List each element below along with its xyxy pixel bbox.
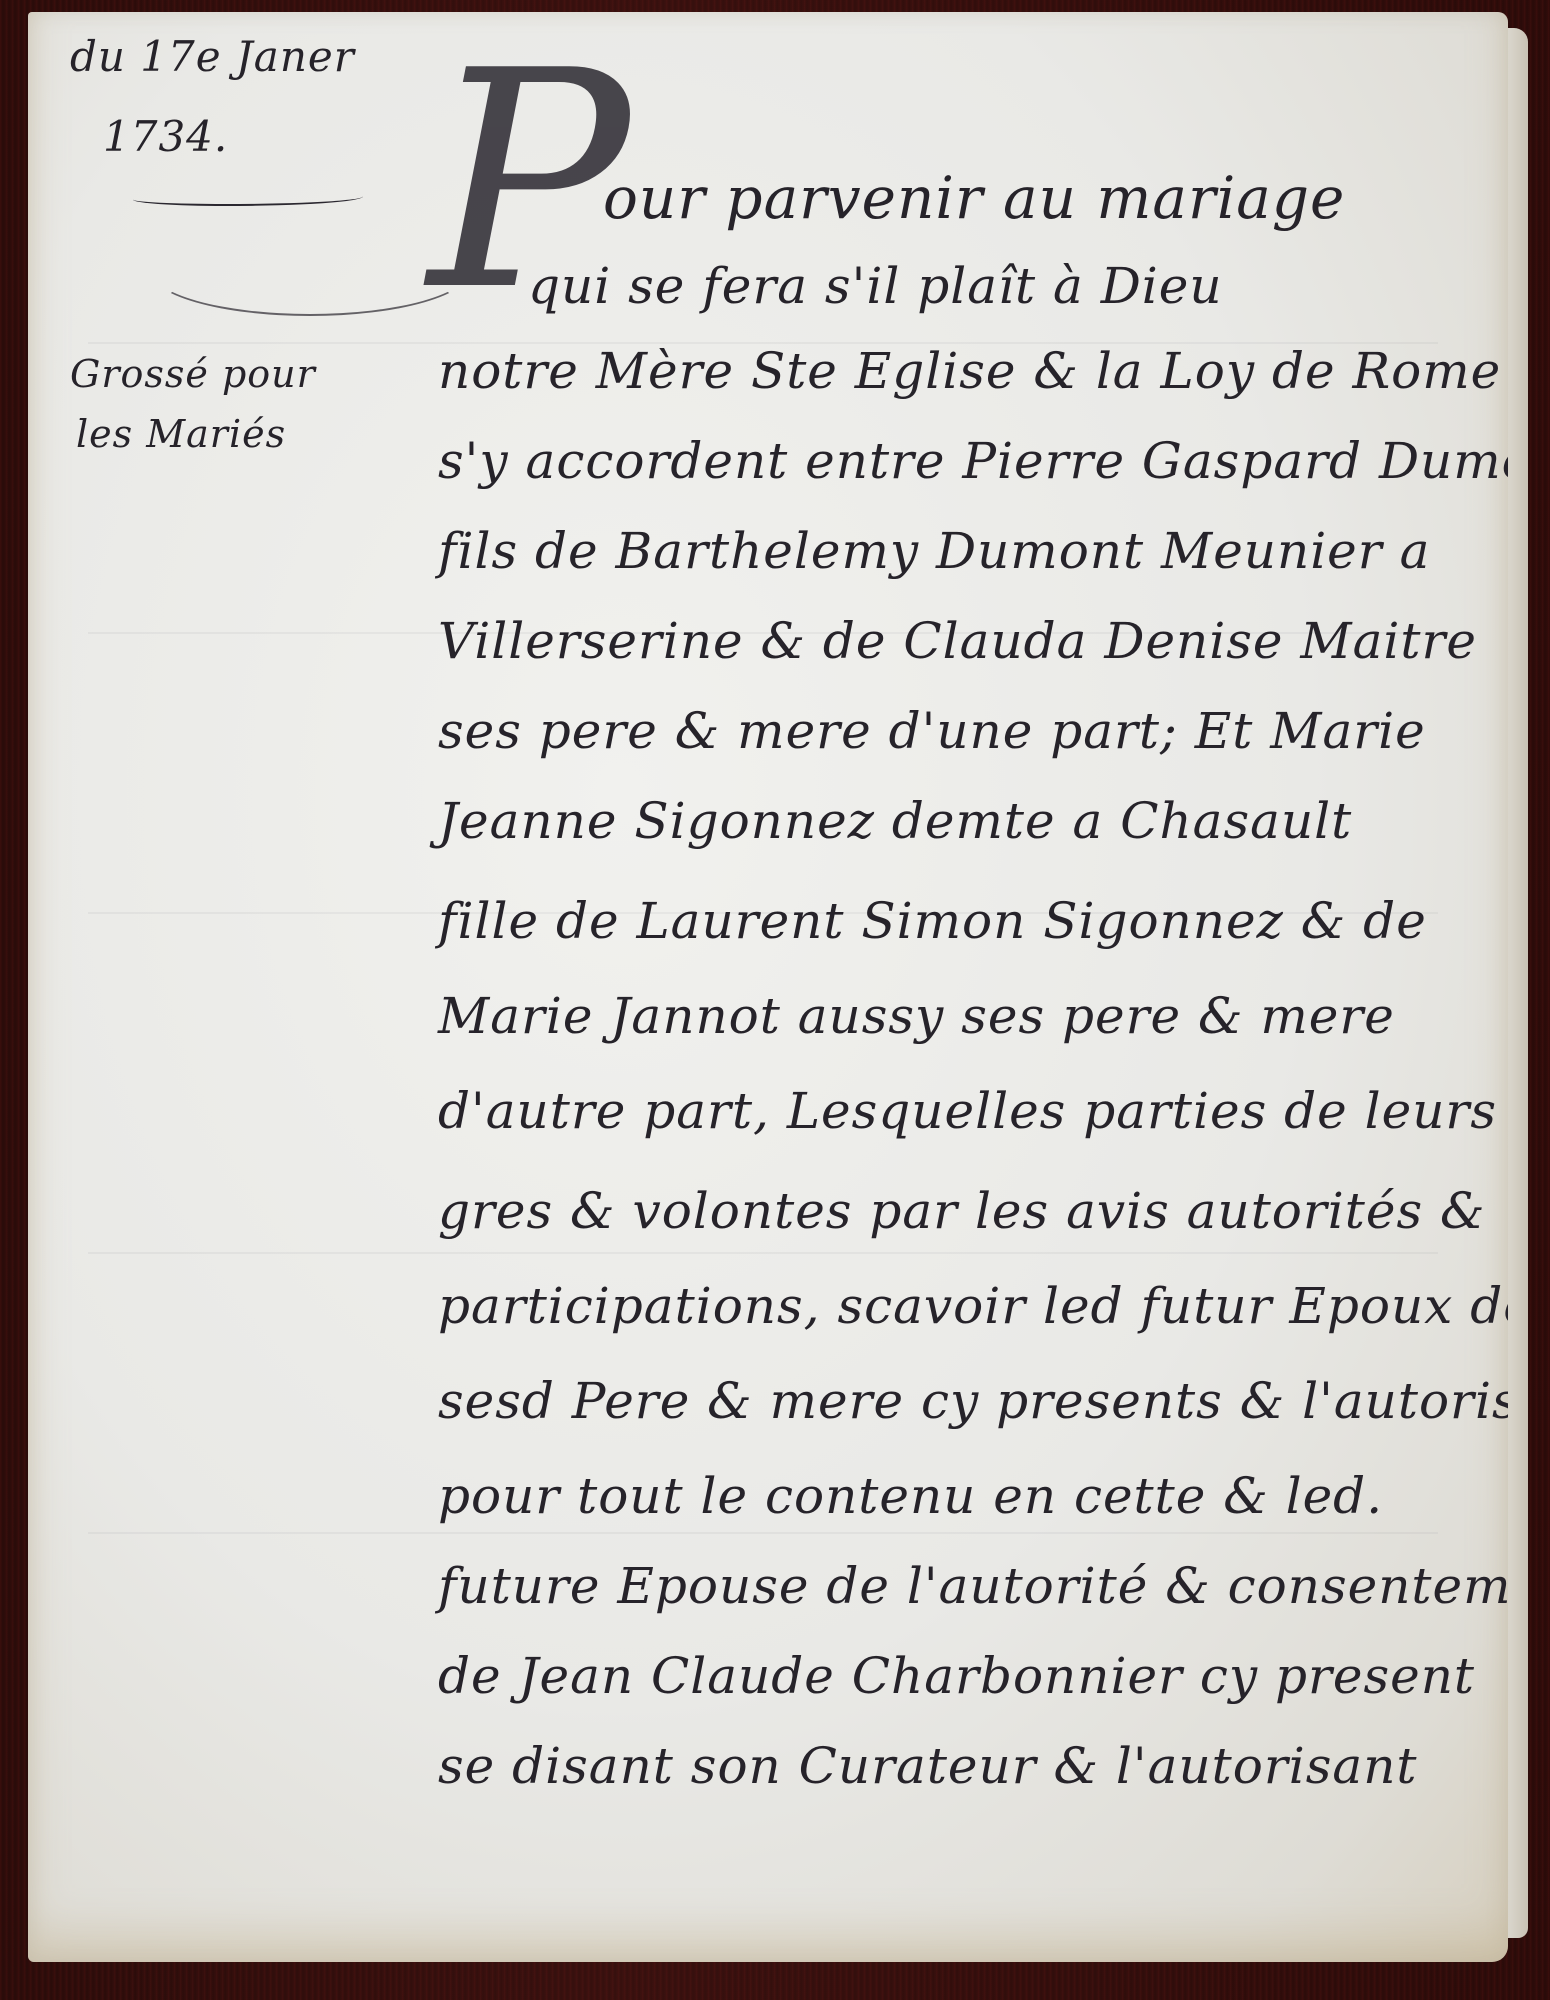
- text-line-7: ses pere & mere d'une part; Et Marie: [438, 702, 1426, 760]
- text-line-13: participations, scavoir led futur Epoux …: [438, 1277, 1508, 1335]
- date-line-year: 1734.: [103, 112, 228, 161]
- margin-note-line-2: les Mariés: [76, 412, 286, 456]
- text-line-11: d'autre part, Lesquelles parties de leur…: [438, 1082, 1508, 1140]
- text-line-14: sesd Pere & mere cy presents & l'autoris…: [438, 1372, 1508, 1430]
- initial-flourish-swash: [148, 222, 472, 316]
- text-line-8: Jeanne Sigonnez demte a Chasault: [438, 792, 1352, 850]
- text-line-4: s'y accordent entre Pierre Gaspard Dumon…: [438, 432, 1508, 490]
- date-line-day-month: du 17e Janer: [70, 32, 355, 81]
- text-line-12: gres & volontes par les avis autorités &: [438, 1182, 1486, 1240]
- text-line-3: notre Mère Ste Eglise & la Loy de Rome: [438, 342, 1501, 400]
- text-line-9: fille de Laurent Simon Sigonnez & de: [438, 892, 1427, 950]
- margin-note-line-1: Grossé pour: [70, 352, 316, 396]
- text-line-2: qui se fera s'il plaît à Dieu: [528, 257, 1223, 315]
- text-line-6: Villerserine & de Clauda Denise Maitre: [438, 612, 1477, 670]
- bleed-through-line: [88, 1252, 1438, 1254]
- text-line-1: our parvenir au mariage: [603, 164, 1345, 232]
- text-line-10: Marie Jannot aussy ses pere & mere: [438, 987, 1395, 1045]
- manuscript-page: du 17e Janer 1734. Grossé pour les Marié…: [28, 12, 1508, 1962]
- text-line-18: se disant son Curateur & l'autorisant: [438, 1737, 1418, 1795]
- text-line-5: fils de Barthelemy Dumont Meunier a: [438, 522, 1430, 580]
- text-line-15: pour tout le contenu en cette & led.: [438, 1467, 1383, 1525]
- date-underline-flourish: [133, 190, 363, 206]
- text-line-17: de Jean Claude Charbonnier cy present: [438, 1647, 1475, 1705]
- text-line-16: future Epouse de l'autorité & consentemt: [438, 1557, 1508, 1615]
- bleed-through-line: [88, 1532, 1438, 1534]
